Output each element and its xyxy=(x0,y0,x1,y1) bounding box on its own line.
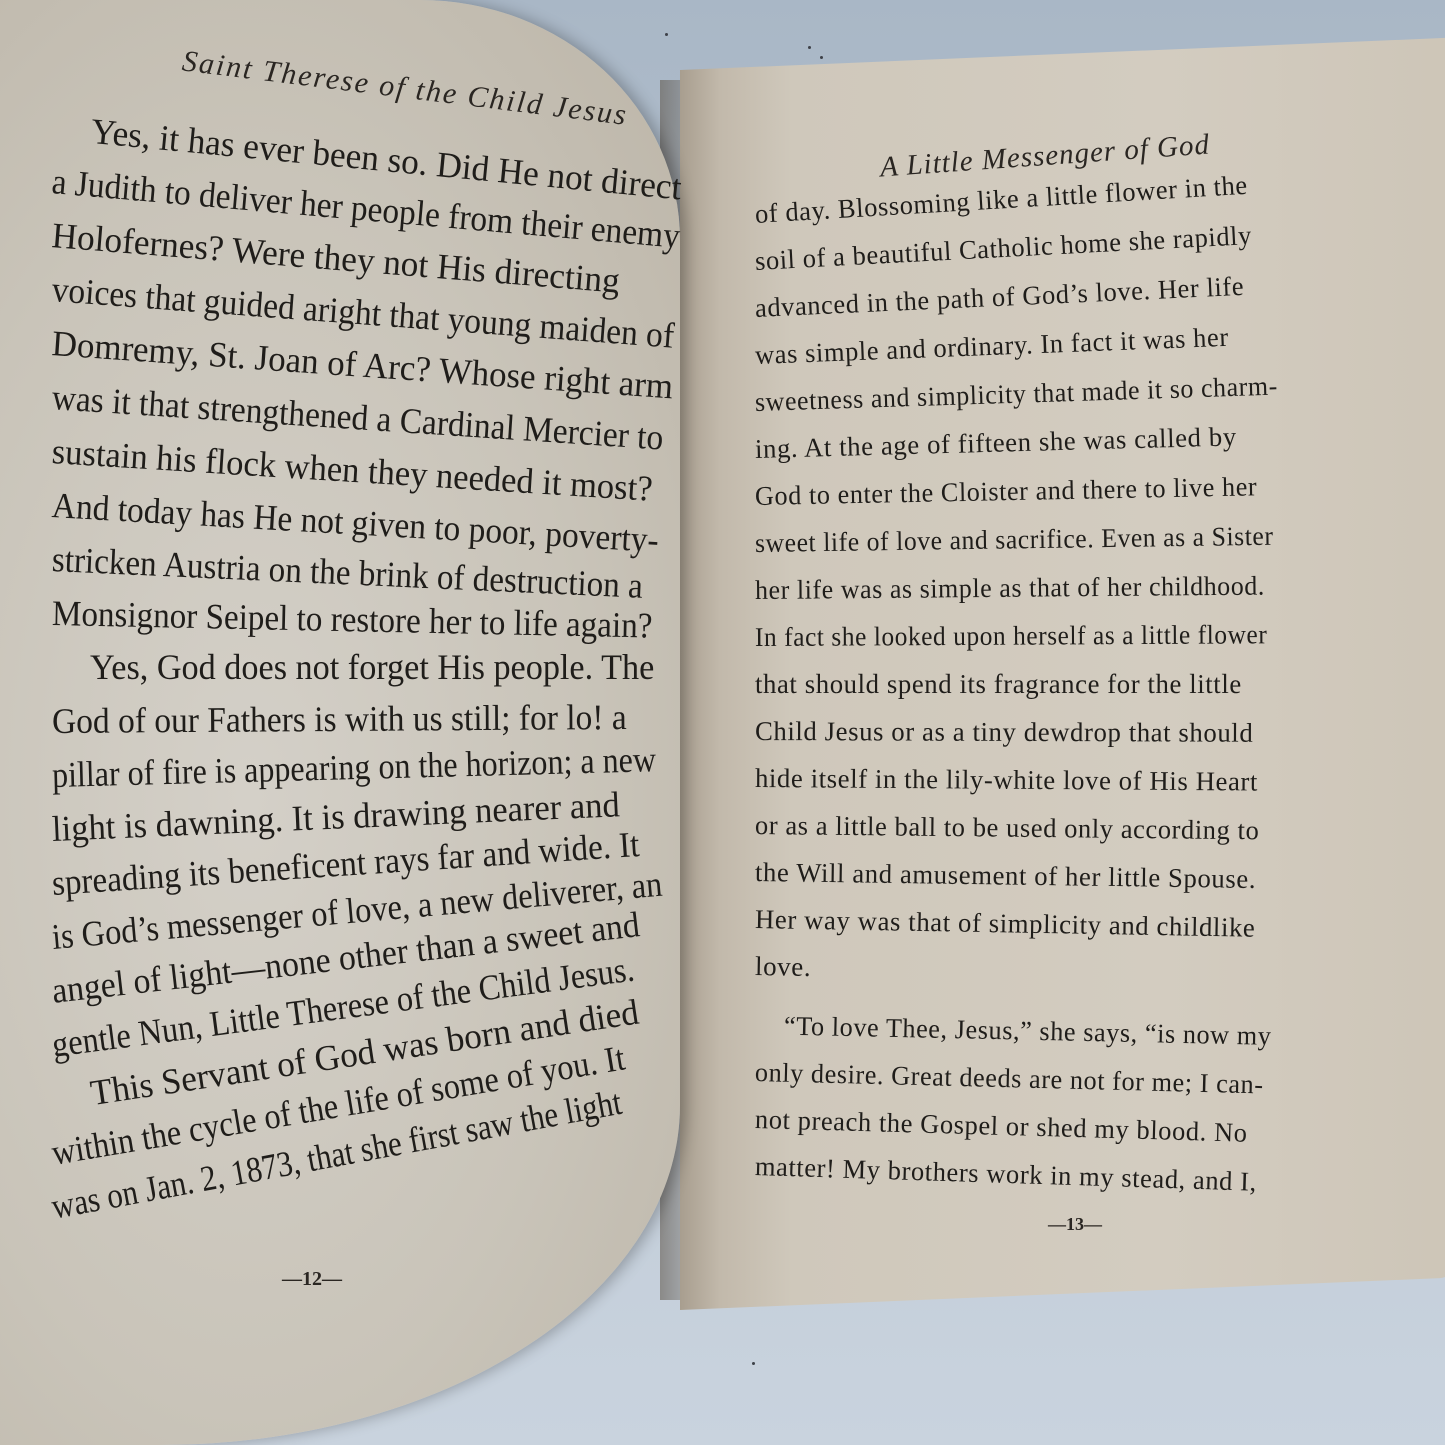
dust-speck xyxy=(808,46,811,49)
left-page-text: Saint Therese of the Child Jesus Yes, it… xyxy=(52,40,682,1291)
text-line: her life was as simple as that of her ch… xyxy=(755,562,1370,614)
text-line: Child Jesus or as a tiny dewdrop that sh… xyxy=(755,708,1389,757)
photo-scene: Saint Therese of the Child Jesus Yes, it… xyxy=(0,0,1445,1445)
text-line: that should spend its fragrance for the … xyxy=(755,661,1389,708)
text-line: In fact she looked upon herself as a lit… xyxy=(755,611,1357,661)
page-number-right: —13— xyxy=(755,1214,1395,1235)
text-line: sweet life of love and sacrifice. Even a… xyxy=(755,512,1364,567)
right-page-text: A Little Messenger of God of day. Blosso… xyxy=(755,140,1395,1235)
dust-speck xyxy=(820,56,823,59)
text-line: Yes, God does not forget His people. The xyxy=(52,640,651,694)
text-line: or as a little ball to be used only acco… xyxy=(755,802,1383,856)
text-line: love. xyxy=(755,943,1396,1001)
dust-speck xyxy=(665,33,668,36)
text-line: the Will and amusement of her little Spo… xyxy=(755,849,1389,905)
dust-speck xyxy=(752,1362,755,1365)
text-line: hide itself in the lily-white love of Hi… xyxy=(755,755,1389,806)
page-number-left: —12— xyxy=(52,1268,572,1291)
